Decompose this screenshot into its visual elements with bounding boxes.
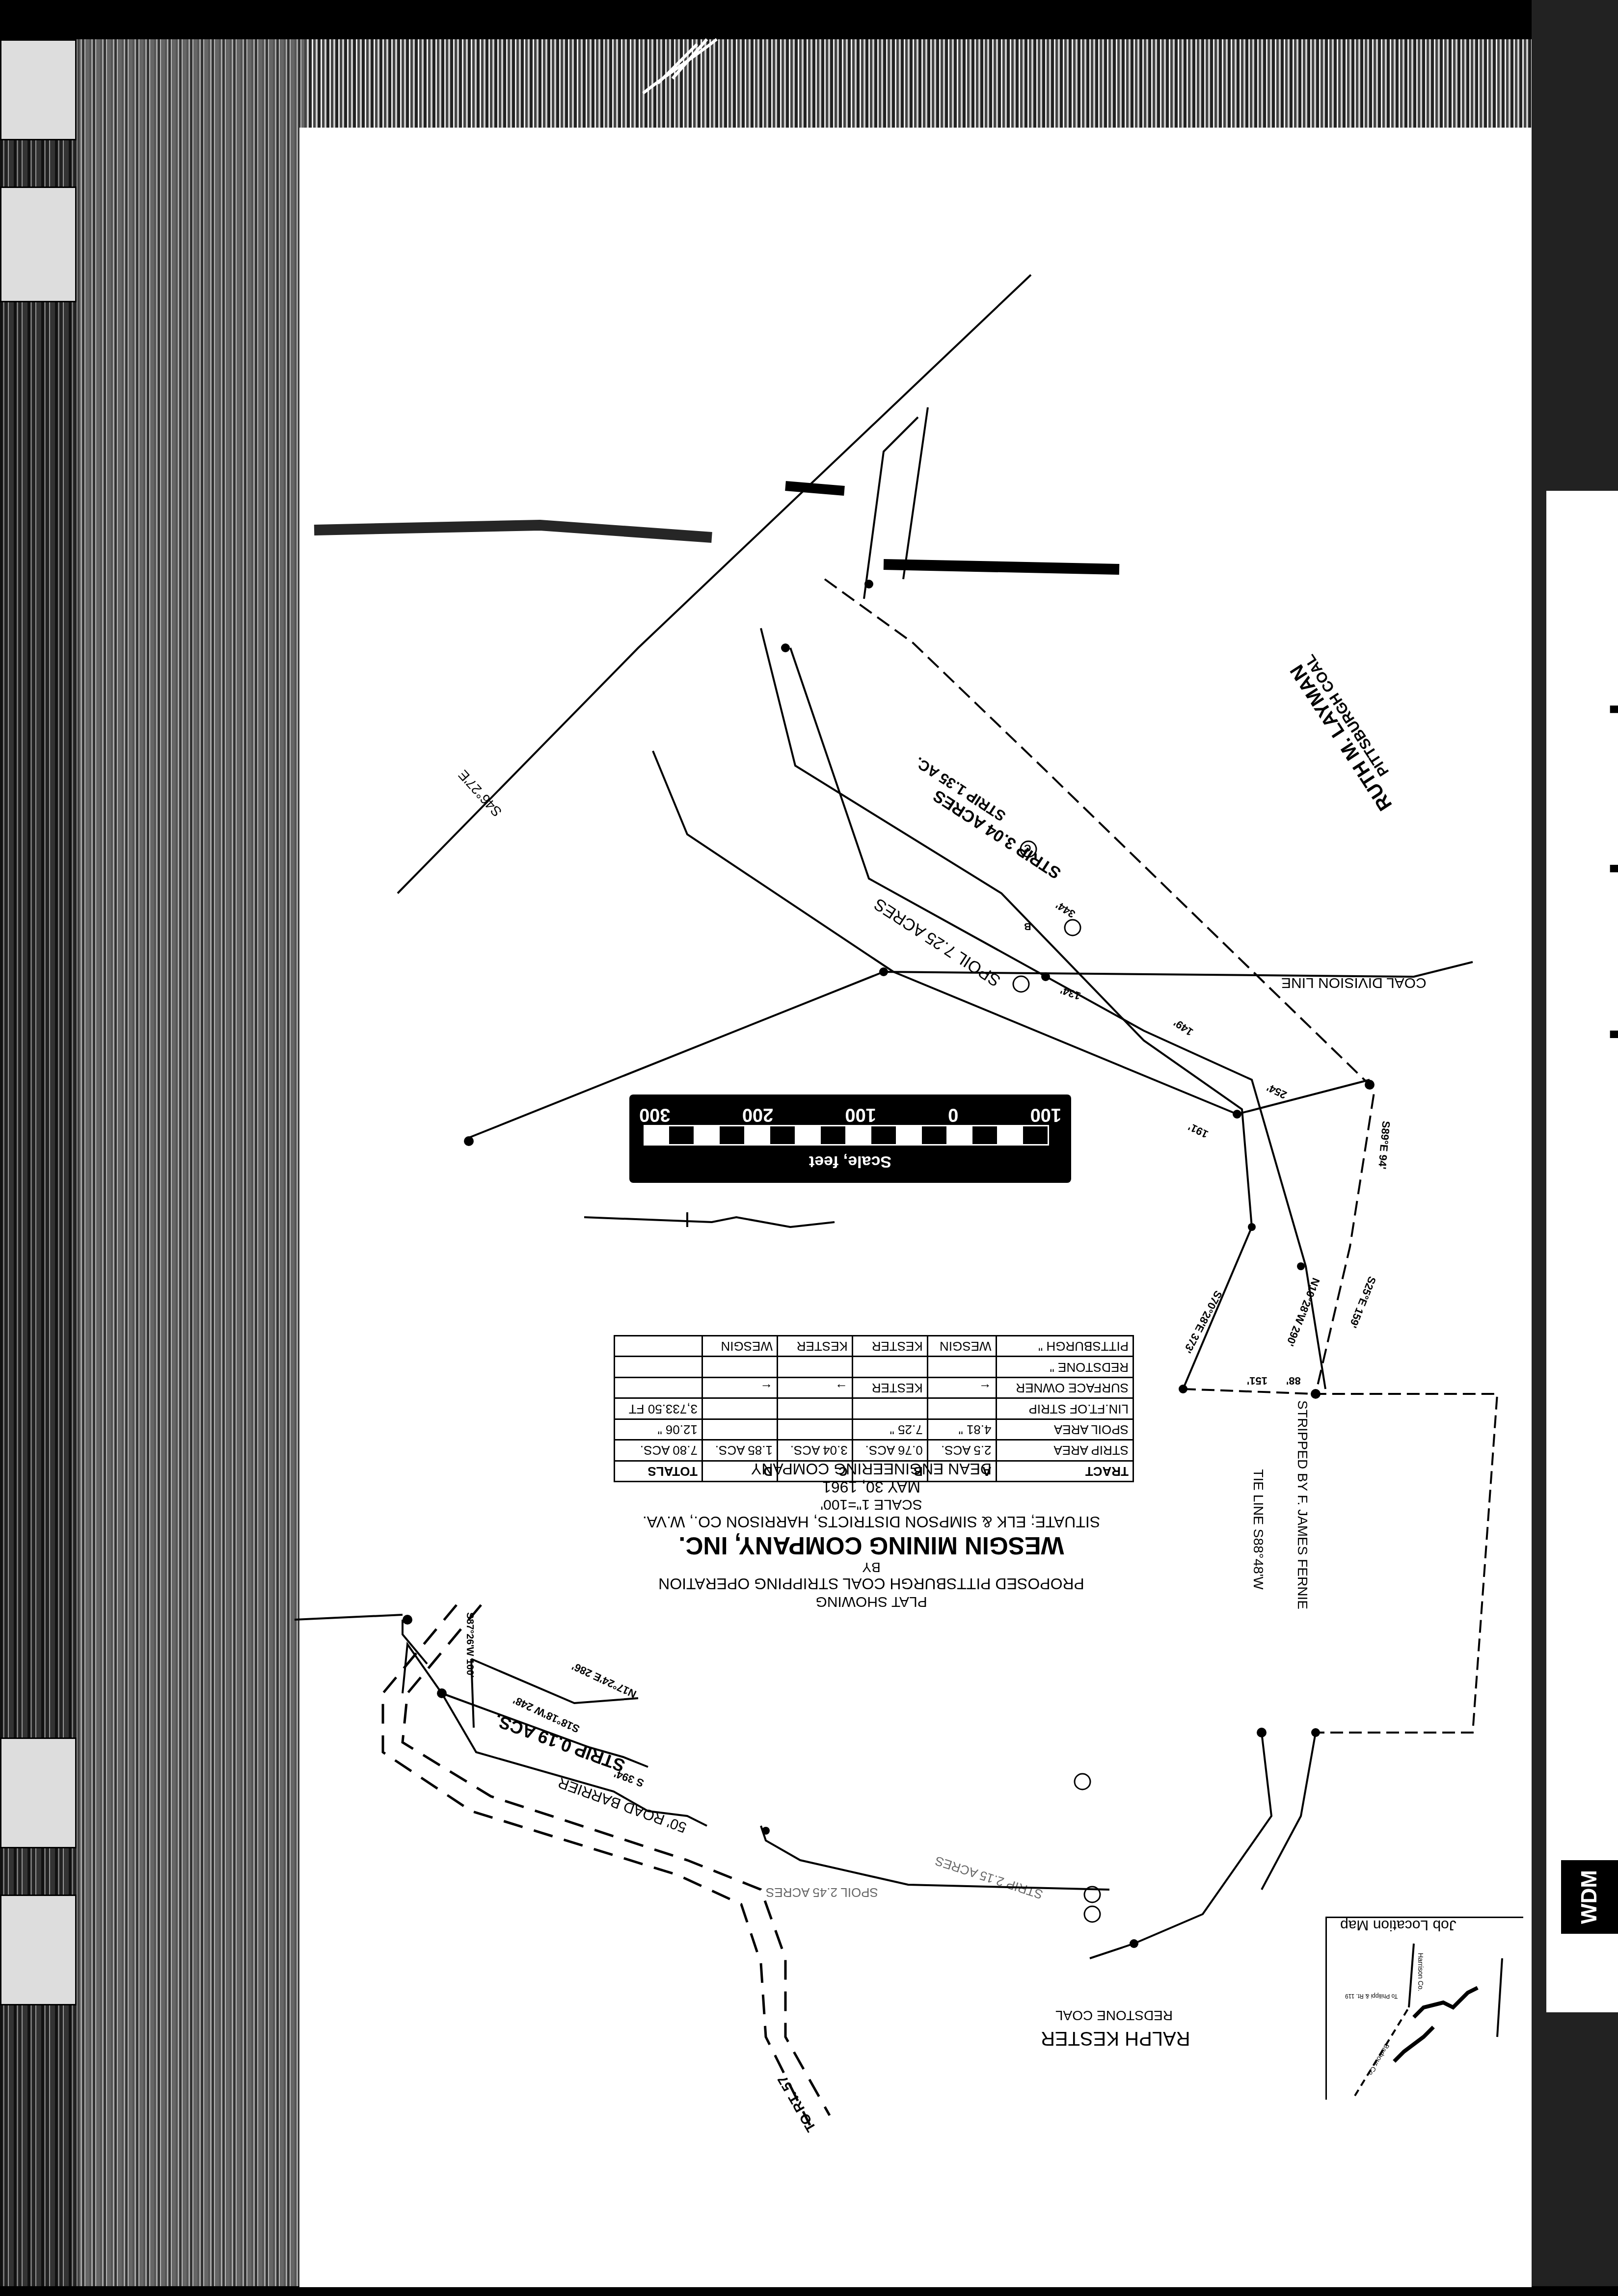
- scale-tick: 100: [1030, 1104, 1061, 1125]
- table-cell: [615, 1357, 702, 1377]
- title-by: BY: [614, 1559, 1129, 1575]
- wdm-tag: WDM: [1561, 1860, 1618, 1934]
- row-label: SURFACE OWNER: [996, 1377, 1133, 1398]
- bearing-label: 151': [1247, 1374, 1267, 1387]
- title-engineer: DEAN ENGINEERING COMPANY: [614, 1460, 1129, 1478]
- scale-tick: 0: [948, 1104, 958, 1125]
- wdm-tag-text: WDM: [1577, 1870, 1602, 1924]
- row-label: PITTSBURGH ": [996, 1336, 1133, 1357]
- table-row: LIN.FT.OF STRIP 3,733.50 FT: [615, 1398, 1133, 1419]
- scale-tick: 300: [639, 1104, 670, 1125]
- coal-division-line-label: COAL DIVISION LINE: [1281, 974, 1427, 991]
- bearing-label: S87°26'W 100': [464, 1612, 475, 1678]
- row-label: LIN.FT.OF STRIP: [996, 1398, 1133, 1419]
- inset-label: To Philippi & Rt. 119: [1345, 1993, 1398, 2000]
- table-cell: 0.76 ACS.: [852, 1440, 927, 1461]
- title-plat: PLAT SHOWING: [614, 1593, 1129, 1610]
- bearing-label: 88': [1286, 1374, 1301, 1387]
- table-cell: [852, 1357, 927, 1377]
- table-cell: [927, 1357, 996, 1377]
- scale-title: Scale, feet: [629, 1152, 1071, 1171]
- title-date: MAY 30, 1961: [614, 1478, 1129, 1496]
- table-cell: 7.25 ": [852, 1419, 927, 1440]
- job-location-map: [1325, 1917, 1523, 2100]
- table-cell: WESGIN: [927, 1336, 996, 1357]
- table-cell: [702, 1357, 777, 1377]
- stripped-note-label: STRIPPED BY F. JAMES FERNIE: [1294, 1400, 1310, 1609]
- table-cell: [852, 1398, 927, 1419]
- table-row: REDSTONE ": [615, 1357, 1133, 1377]
- title-proposed: PROPOSED PITTSBURGH COAL STRIPPING OPERA…: [614, 1575, 1129, 1593]
- table-cell: [702, 1398, 777, 1419]
- row-label: REDSTONE ": [996, 1357, 1133, 1377]
- table-cell: 3.04 ACS.: [777, 1440, 852, 1461]
- table-cell: [777, 1357, 852, 1377]
- table-cell: 7.80 ACS.: [615, 1440, 702, 1461]
- scale-track: [644, 1125, 1049, 1146]
- tract-marker-b: B: [1024, 920, 1031, 932]
- table-cell: KESTER: [852, 1377, 927, 1398]
- table-cell: 1.85 ACS.: [702, 1440, 777, 1461]
- table-cell: [615, 1336, 702, 1357]
- table-cell: 2.5 ACS.: [927, 1440, 996, 1461]
- owner-south-coal-label: REDSTONE COAL: [1055, 2007, 1173, 2023]
- tract-marker-c: C: [1024, 842, 1031, 853]
- job-location-map-title: Job Location Map: [1340, 1917, 1456, 1933]
- table-cell: 3,733.50 FT: [615, 1398, 702, 1419]
- owner-south-label: RALPH KESTER: [1041, 2027, 1190, 2049]
- reel-label-strip: [1546, 491, 1618, 2012]
- title-block: PLAT SHOWING PROPOSED PITTSBURGH COAL ST…: [614, 1482, 1129, 1610]
- row-label: SPOIL AREA: [996, 1419, 1133, 1440]
- table-row: STRIP AREA 2.5 ACS. 0.76 ACS. 3.04 ACS. …: [615, 1440, 1133, 1461]
- table-cell: →: [777, 1377, 852, 1398]
- table-cell: 12.06 ": [615, 1419, 702, 1440]
- table-cell: [777, 1419, 852, 1440]
- scale-tick: 100: [845, 1104, 876, 1125]
- scale-bar: Scale, feet 100 0 100 200 300: [629, 1095, 1071, 1183]
- table-cell: [927, 1398, 996, 1419]
- scale-tick: 200: [742, 1104, 773, 1125]
- table-cell: [615, 1377, 702, 1398]
- table-row: SURFACE OWNER ← KESTER → ←: [615, 1377, 1133, 1398]
- title-company: WESGIN MINING COMPANY, INC.: [614, 1531, 1129, 1559]
- table-row: SPOIL AREA 4.81 " 7.25 " 12.06 ": [615, 1419, 1133, 1440]
- tie-line-label: TIE LINE S88°48'W: [1250, 1469, 1266, 1589]
- table-cell: KESTER: [852, 1336, 927, 1357]
- title-scale: SCALE 1"=100': [614, 1496, 1129, 1513]
- table-cell: [702, 1419, 777, 1440]
- title-situate: SITUATE; ELK & SIMPSON DISTRICTS, HARRIS…: [614, 1513, 1129, 1531]
- table-cell: WESGIN: [702, 1336, 777, 1357]
- table-cell: ←: [927, 1377, 996, 1398]
- table-cell: KESTER: [777, 1336, 852, 1357]
- spoil-lower-label: SPOIL 2.45 ACRES: [766, 1885, 878, 1900]
- row-label: STRIP AREA: [996, 1440, 1133, 1461]
- scale-ticks: 100 0 100 200 300: [639, 1104, 1061, 1125]
- table-cell: 4.81 ": [927, 1419, 996, 1440]
- table-row: PITTSBURGH " WESGIN KESTER KESTER WESGIN: [615, 1336, 1133, 1357]
- table-cell: ←: [702, 1377, 777, 1398]
- table-cell: [777, 1398, 852, 1419]
- inset-label: Harrison Co.: [1417, 1953, 1425, 1992]
